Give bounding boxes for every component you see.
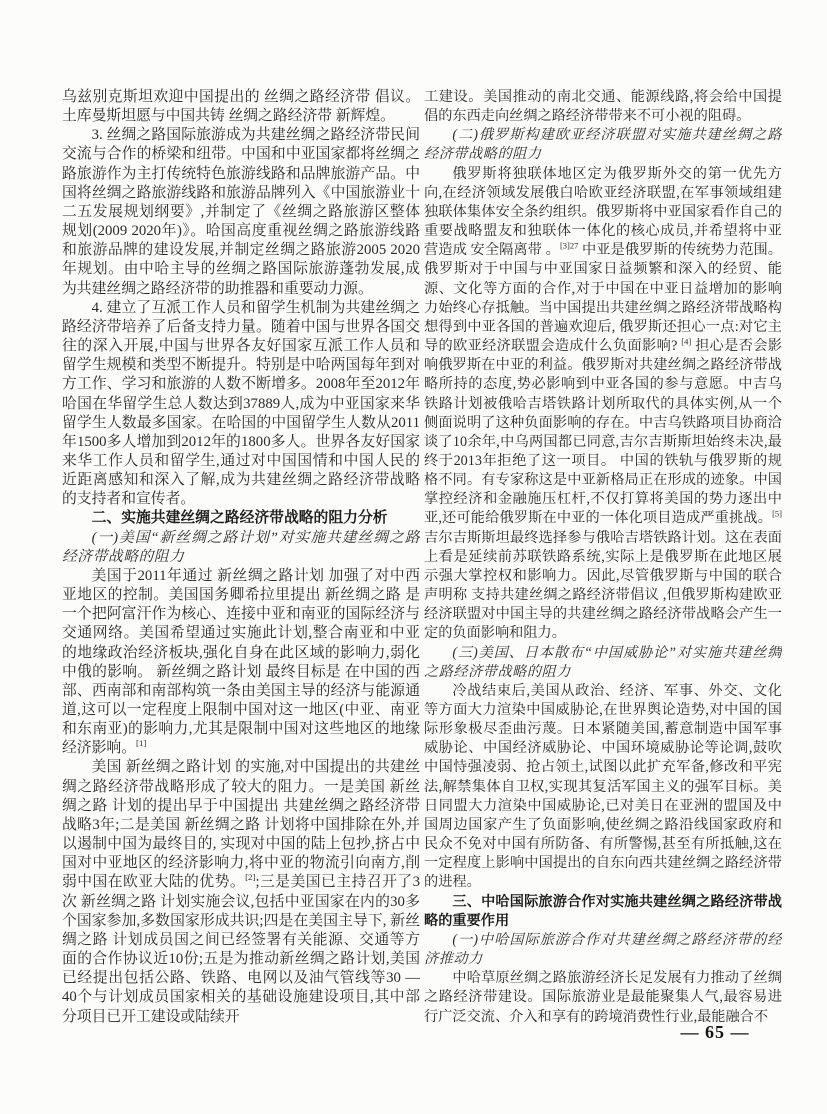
body-paragraph: 4. 建立了互派工作人员和留学生机制为共建丝绸之路经济带培养了后备支持力量。随着… [62,299,420,510]
citation-ref: [4] [681,336,691,346]
body-paragraph: 中哈草原丝绸之路旅游经济长足发展有力推动了丝绸之路经济带建设。国际旅游业是最能聚… [424,969,782,1026]
subsection-heading: (三)美国、日本散布“中国威胁论”对实施共建丝绸之路经济带战略的阻力 [424,644,782,682]
citation-ref: [3]27 [560,241,578,251]
body-paragraph: 3. 丝绸之路国际旅游成为共建丝绸之路经济带民间交流与合作的桥梁和纽带。中国和中… [62,126,420,298]
citation-ref: [5] [772,509,782,519]
left-column: 乌兹别克斯坦欢迎中国提出的 丝绸之路经济带 倡议。土库曼斯坦愿与中国共铸 丝绸之… [62,88,420,1032]
page-number: — 65 — [660,1022,770,1043]
body-paragraph: 工建设。美国推动的南北交通、能源线路,将会给中国提倡的东西走向丝绸之路经济带带来… [424,88,782,126]
document-page: 乌兹别克斯坦欢迎中国提出的 丝绸之路经济带 倡议。土库曼斯坦愿与中国共铸 丝绸之… [0,0,827,1114]
subsection-heading: (二)俄罗斯构建欧亚经济联盟对实施共建丝绸之路经济带战略的阻力 [424,126,782,164]
body-paragraph: 美国 新丝绸之路计划 的实施,对中国提出的共建丝绸之路经济带战略形成了较大的阻力… [62,758,420,1026]
citation-ref: [2] [245,872,255,882]
subsection-heading: (一)美国“新丝绸之路计划”对实施共建丝绸之路经济带战略的阻力 [62,529,420,567]
right-column: 工建设。美国推动的南北交通、能源线路,将会给中国提倡的东西走向丝绸之路经济带带来… [424,88,782,1032]
section-heading: 二、实施共建丝绸之路经济带战略的阻力分析 [62,509,420,528]
subsection-heading: (一)中哈国际旅游合作对共建丝绸之路经济带的经济推动力 [424,931,782,969]
body-paragraph: 冷战结束后,美国从政治、经济、军事、外交、文化等方面大力渲染中国威胁论,在世界舆… [424,682,782,893]
section-heading: 三、中哈国际旅游合作对实施共建丝绸之路经济带战略的重要作用 [424,893,782,931]
body-paragraph: 俄罗斯将独联体地区定为俄罗斯外交的第一优先方向,在经济领域发展俄白哈欧亚经济联盟… [424,165,782,644]
body-paragraph: 乌兹别克斯坦欢迎中国提出的 丝绸之路经济带 倡议。土库曼斯坦愿与中国共铸 丝绸之… [62,88,420,126]
citation-ref: [1] [136,738,146,748]
body-paragraph: 美国于2011年通过 新丝绸之路计划 加强了对中西亚地区的控制。美国国务卿希拉里… [62,567,420,759]
